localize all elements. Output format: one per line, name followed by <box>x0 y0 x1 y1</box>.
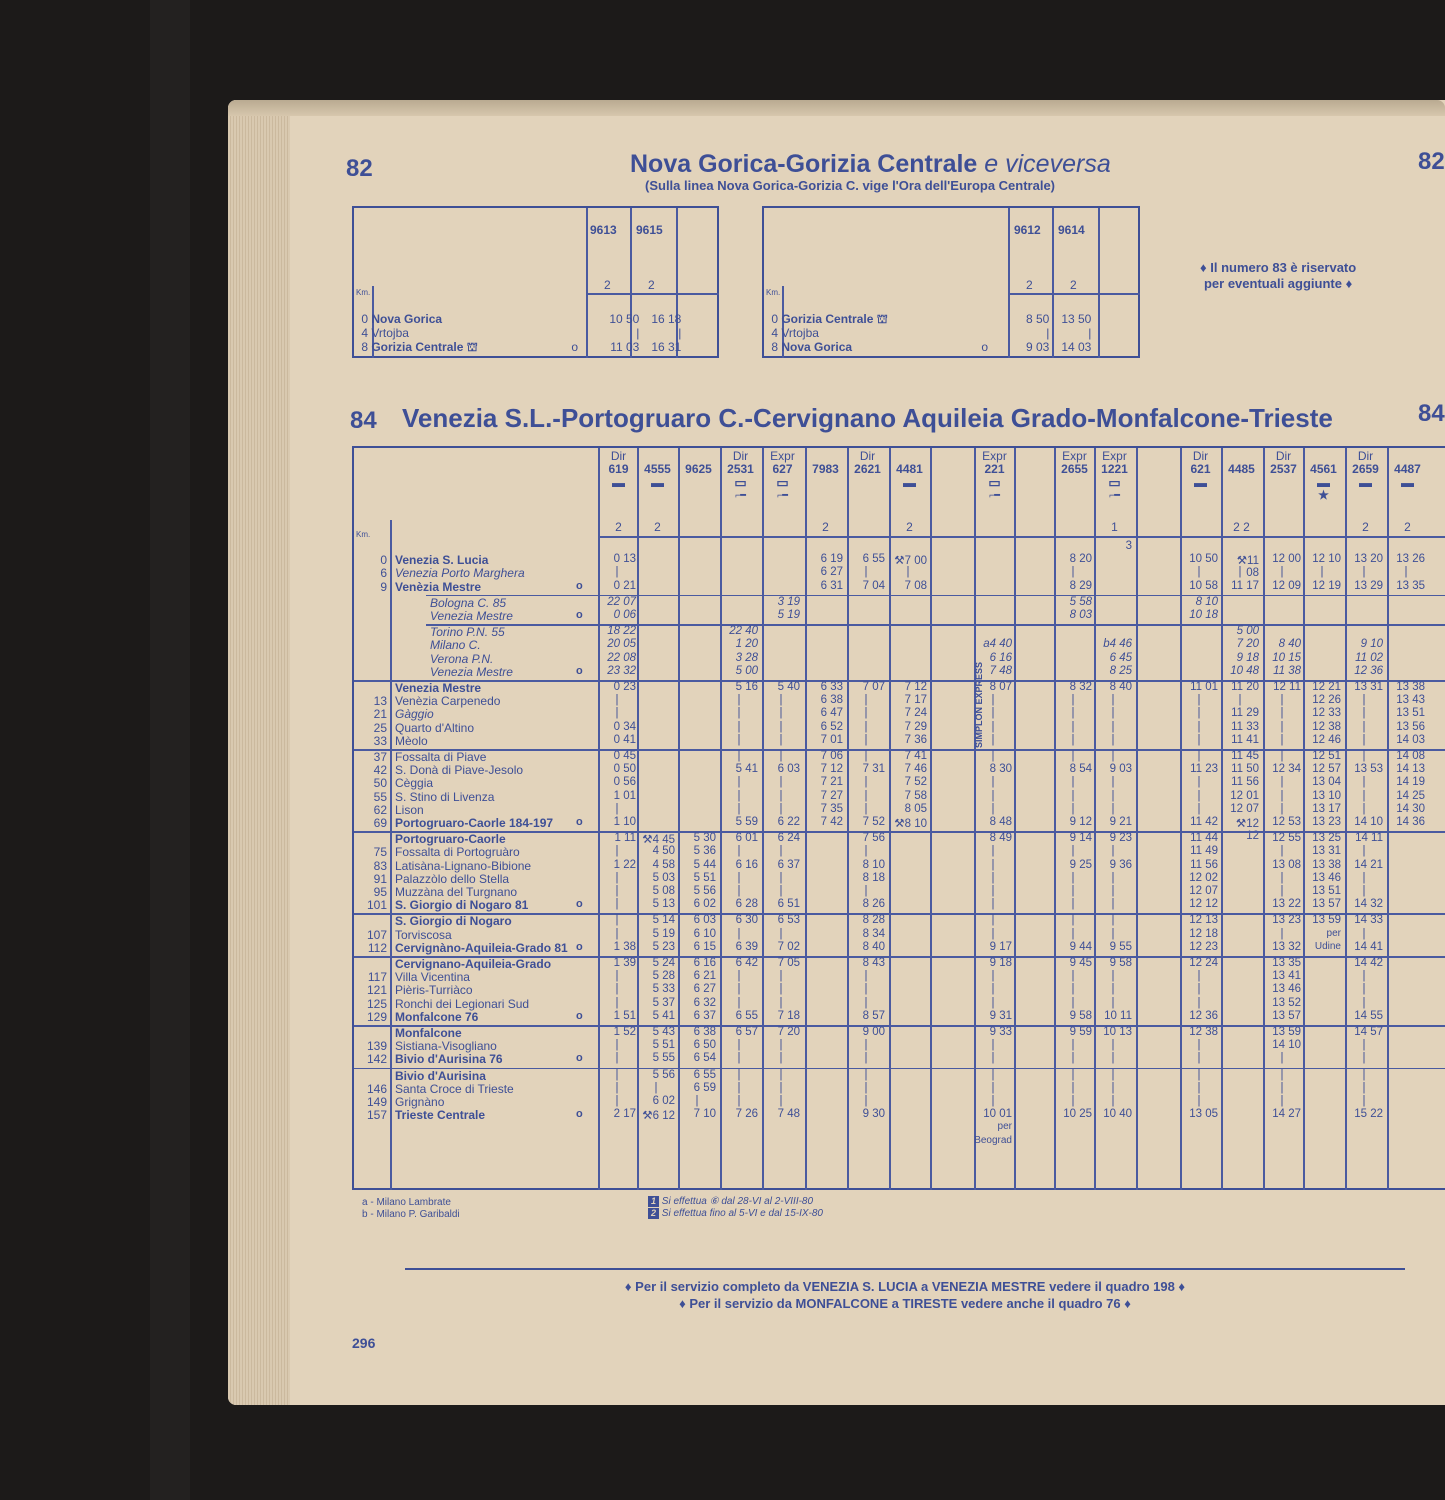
time-cell: | <box>974 734 1012 746</box>
time-cell: | <box>1345 776 1383 788</box>
table-row: Bivio d'Aurisina|5 566 55||||||||| <box>354 1069 1445 1082</box>
time-cell: | <box>1054 694 1092 706</box>
time-cell: 6 38 <box>678 1026 716 1038</box>
time-cell: | <box>762 1095 800 1107</box>
station-name: Cervignano-Aquileia-Grado <box>395 957 551 971</box>
time-cell: | <box>1180 790 1218 802</box>
table-row: 112Cervignàno-Aquileia-Grado 81o1 385 23… <box>354 941 1445 954</box>
time-cell: 13 46 <box>1263 983 1301 995</box>
station-name: Venezia S. Lucia <box>395 553 488 567</box>
time-cell: 7 52 <box>847 816 885 828</box>
train-column-header: Dir2531▭⌐━ <box>720 450 761 502</box>
km-value: 0 <box>354 553 387 567</box>
time-cell: 12 07 <box>1221 803 1259 815</box>
time-cell: | <box>1263 721 1301 733</box>
time-cell: | <box>1094 707 1132 719</box>
time-cell: 3 <box>1094 540 1132 552</box>
time-cell: | <box>847 983 885 995</box>
time-cell: | <box>762 1069 800 1081</box>
time-cell: | <box>762 845 800 857</box>
time-cell: 13 35 <box>1387 580 1425 592</box>
time-cell: 14 41 <box>1345 941 1383 953</box>
arrival-marker-icon: o <box>576 580 583 592</box>
station-name: Trieste Centrale <box>395 1108 485 1122</box>
station-name: S. Stino di Livenza <box>395 790 494 804</box>
time-cell: Udine <box>1303 941 1341 952</box>
time-cell: | <box>762 790 800 802</box>
time-cell: 18 22 <box>598 625 636 637</box>
note83-line: ♦ Il numero 83 è riservato <box>1200 260 1356 276</box>
time-cell: | <box>1345 707 1383 719</box>
table-row: 3 <box>354 540 1445 553</box>
arrival-marker-icon: o <box>576 816 583 828</box>
time-cell: | <box>720 1052 758 1064</box>
class-indicator: 2 <box>637 520 678 534</box>
time-cell: | <box>720 970 758 982</box>
time-cell: | <box>847 885 885 897</box>
km-value: 157 <box>354 1108 387 1122</box>
time-cell: | <box>762 1052 800 1064</box>
time-cell: 6 51 <box>762 898 800 910</box>
time-cell: 10 25 <box>1054 1108 1092 1120</box>
time-cell: 14 10 <box>1263 1039 1301 1051</box>
time-cell: | <box>847 694 885 706</box>
star-icon: ★ <box>1303 489 1344 502</box>
train-column-header: 4481▬ <box>889 450 930 489</box>
train-column-header: Dir621▬ <box>1180 450 1221 489</box>
time-cell: | <box>720 1095 758 1107</box>
table-row: 50Cèggia0 56||7 21|7 52||||11 56|13 04|1… <box>354 776 1445 789</box>
time-cell: | <box>974 1082 1012 1094</box>
km-value: 107 <box>354 928 387 942</box>
train-column-header: 4561▬★ <box>1303 450 1344 502</box>
marker-1-icon: 1 <box>648 1196 659 1207</box>
class: 2 <box>648 278 655 292</box>
km-value: 69 <box>354 816 387 830</box>
arrival-marker-icon: o <box>576 898 583 910</box>
time-cell: 1 22 <box>598 859 636 871</box>
time-cell: 1 20 <box>720 638 758 650</box>
time-cell: 7 07 <box>847 681 885 693</box>
time-cell: 13 23 <box>1303 816 1341 828</box>
time-cell: 9 14 <box>1054 832 1092 844</box>
time-cell: 10 11 <box>1094 1010 1132 1022</box>
marker-2-icon: 2 <box>648 1208 659 1219</box>
time-cell: 5 55 <box>637 1052 675 1064</box>
time-cell: 11 23 <box>1180 763 1218 775</box>
time-cell: 14 42 <box>1345 957 1383 969</box>
station-name: Cervignàno-Aquileia-Grado 81 <box>395 941 568 955</box>
time-cell: 9 18 <box>974 957 1012 969</box>
note-table-83: ♦ Il numero 83 è riservato per eventuali… <box>1200 260 1356 292</box>
time-cell: | <box>1094 898 1132 910</box>
train-number: 9612 <box>1014 223 1041 237</box>
km-label: Km. <box>356 530 370 539</box>
time-cell: | <box>1094 1069 1132 1081</box>
train-column-header: 4485 <box>1221 450 1262 476</box>
time-cell: 5 24 <box>637 957 675 969</box>
time-cell: 6 52 <box>805 721 843 733</box>
time-cell: ⚒4 45 <box>637 832 675 846</box>
time-cell: 1 11 <box>598 832 636 844</box>
time-cell: | <box>1094 970 1132 982</box>
time-cell: | <box>1094 914 1132 926</box>
time-cell: 6 27 <box>678 983 716 995</box>
table-row: 37Fossalta di Piave0 45||7 06|7 41||||11… <box>354 750 1445 763</box>
footnotes-left: a - Milano Lambrate b - Milano P. Gariba… <box>362 1197 460 1221</box>
time-cell: | <box>974 1069 1012 1081</box>
time-cell: | <box>974 1095 1012 1107</box>
time-cell: | <box>637 1082 675 1094</box>
time-cell: 14 21 <box>1345 859 1383 871</box>
time-cell: 4 50 <box>637 845 675 857</box>
time-cell: 7 48 <box>974 665 1012 677</box>
time-cell: 1 38 <box>598 941 636 953</box>
time-cell: | <box>720 1069 758 1081</box>
car-icon: ▬ <box>598 476 639 489</box>
time-cell: 8 32 <box>1054 681 1092 693</box>
time-cell: 22 40 <box>720 625 758 637</box>
arrival-marker-icon: o <box>576 665 583 677</box>
time-cell: 0 56 <box>598 776 636 788</box>
divider-rule <box>405 1268 1405 1270</box>
time-cell: 13 53 <box>1345 763 1383 775</box>
time-cell: 7 12 <box>805 763 843 775</box>
station-name: Torviscosa <box>395 928 452 942</box>
time-cell: | <box>1263 1082 1301 1094</box>
time-cell: 20 05 <box>598 638 636 650</box>
time-cell: | <box>1054 734 1092 746</box>
couchette-sleeper-icon: ▭ <box>720 476 761 489</box>
time-cell: 6 45 <box>1094 652 1132 664</box>
time-cell: Beograd <box>974 1135 1012 1146</box>
time-cell: 14 03 <box>1387 734 1425 746</box>
time-cell: 6 53 <box>762 914 800 926</box>
time-cell: 10 13 <box>1094 1026 1132 1038</box>
table-row: 129Monfalcone 76o1 515 416 376 557 188 5… <box>354 1010 1445 1023</box>
station-name: Milano C. <box>430 638 481 652</box>
time-cell: | <box>720 928 758 940</box>
time-cell: 13 56 <box>1387 721 1425 733</box>
time-cell: 6 02 <box>637 1095 675 1107</box>
time-cell: 5 37 <box>637 997 675 1009</box>
station-name: Quarto d'Altino <box>395 721 474 735</box>
time-cell: 13 59 <box>1263 1026 1301 1038</box>
time-cell: | <box>720 885 758 897</box>
time-cell: | <box>1180 566 1218 578</box>
time-cell: | <box>1094 750 1132 762</box>
time-cell: | <box>1054 707 1092 719</box>
time-cell: | <box>1094 997 1132 1009</box>
time-cell: 13 38 <box>1387 681 1425 693</box>
time-cell: | <box>1054 997 1092 1009</box>
time-cell: 7 52 <box>889 776 927 788</box>
time-cell: | <box>974 928 1012 940</box>
table82-inbound: 9612 9614 2 2 Km. 0 Gorizia Centrale ⛫8 … <box>762 206 1140 358</box>
table-row: Venezia Mestreo23 325 007 488 2510 4811 … <box>354 665 1445 678</box>
table-row: 0Venezia S. Lucia0 136 196 55⚒7 008 2010… <box>354 553 1445 566</box>
time-cell: 12 18 <box>1180 928 1218 940</box>
time-cell: | <box>974 1052 1012 1064</box>
time-cell: per <box>1303 928 1341 939</box>
table-row: 62Lison|||7 35|8 05||||12 07|13 17|14 30 <box>354 803 1445 816</box>
time-cell: 22 08 <box>598 652 636 664</box>
time-cell: | <box>974 872 1012 884</box>
table-row: Beograd <box>354 1135 1445 1148</box>
time-cell: 13 51 <box>1387 707 1425 719</box>
time-cell: | <box>1345 997 1383 1009</box>
bottom-notes: ♦ Per il servizio completo da VENEZIA S.… <box>400 1278 1410 1312</box>
time-cell: 9 55 <box>1094 941 1132 953</box>
time-cell: 13 32 <box>1263 941 1301 953</box>
time-cell: 11 44 <box>1180 832 1218 844</box>
time-cell: 10 15 <box>1263 652 1301 664</box>
time-cell: 11 45 <box>1221 750 1259 762</box>
time-cell: 8 40 <box>847 941 885 953</box>
km-value: 142 <box>354 1052 387 1066</box>
time-cell: | <box>598 885 636 897</box>
time-cell: 9 17 <box>974 941 1012 953</box>
time-cell: 13 23 <box>1263 914 1301 926</box>
time-cell: 13 52 <box>1263 997 1301 1009</box>
time-cell: 13 51 <box>1303 885 1341 897</box>
sleeper-icon: ▭ <box>974 476 1015 489</box>
time-cell: ⚒8 10 <box>889 816 927 830</box>
class-indicator: 2 <box>1345 520 1386 534</box>
time-cell: 1 52 <box>598 1026 636 1038</box>
table82-inbound-rows: 0 Gorizia Centrale ⛫8 5013 50 4 Vrtojba|… <box>768 312 1140 354</box>
time-cell: 5 00 <box>1221 625 1259 637</box>
table-row: 101S. Giorgio di Nogaro 81o|5 136 026 28… <box>354 898 1445 911</box>
time-cell: 13 04 <box>1303 776 1341 788</box>
time-cell: | <box>720 1082 758 1094</box>
time-cell: 7 58 <box>889 790 927 802</box>
time-cell: | <box>598 872 636 884</box>
time-cell: | <box>1345 750 1383 762</box>
time-cell: | <box>1180 983 1218 995</box>
couchette-sleeper-icon: ▭ <box>762 476 803 489</box>
time-cell: | <box>678 1095 716 1107</box>
time-cell: | <box>1263 1052 1301 1064</box>
km-value: 37 <box>354 750 387 764</box>
time-cell: | <box>1263 872 1301 884</box>
time-cell: 6 33 <box>805 681 843 693</box>
km-value: 117 <box>354 970 387 984</box>
station-name: Gàggio <box>395 707 434 721</box>
time-cell: 8 54 <box>1054 763 1092 775</box>
time-cell: | <box>1054 970 1092 982</box>
time-cell: 14 57 <box>1345 1026 1383 1038</box>
time-cell: | <box>847 1082 885 1094</box>
footnotes-right: 1 Si effettua ⑥ dal 28-VI al 2-VIII-80 2… <box>648 1196 823 1220</box>
train-column-header <box>1014 450 1055 463</box>
time-cell: | <box>1180 997 1218 1009</box>
time-cell: | <box>720 1039 758 1051</box>
time-cell: 7 01 <box>805 734 843 746</box>
time-cell: 12 55 <box>1263 832 1301 844</box>
time-cell: 13 41 <box>1263 970 1301 982</box>
table-row: 21Gàggio|||6 47|7 24||||11 29|12 33|13 5… <box>354 707 1445 720</box>
time-cell: 12 46 <box>1303 734 1341 746</box>
time-cell: 7 20 <box>762 1026 800 1038</box>
time-cell: | <box>1054 928 1092 940</box>
class-indicator: 2 <box>889 520 930 534</box>
time-cell: 6 54 <box>678 1052 716 1064</box>
time-cell: 7 20 <box>1221 638 1259 650</box>
bottom-note: ♦ Per il servizio completo da VENEZIA S.… <box>400 1278 1410 1295</box>
table-row: 83Latisàna-Lignano-Bibione1 224 585 446 … <box>354 859 1445 872</box>
time-cell: | <box>974 750 1012 762</box>
time-cell: 5 41 <box>720 763 758 775</box>
time-cell: 9 12 <box>1054 816 1092 828</box>
time-cell: 7 10 <box>678 1108 716 1120</box>
time-cell: 12 36 <box>1180 1010 1218 1022</box>
time-cell: 0 23 <box>598 681 636 693</box>
time-cell: 11 33 <box>1221 721 1259 733</box>
station-name: Grignàno <box>395 1095 444 1109</box>
time-cell: 5 41 <box>637 1010 675 1022</box>
time-cell: 12 11 <box>1263 681 1301 693</box>
station-name: Verona P.N. <box>430 652 493 666</box>
time-cell: | <box>1345 885 1383 897</box>
time-cell: 9 58 <box>1094 957 1132 969</box>
table-row: 139Sistiana-Visogliano|5 516 50|||||||14… <box>354 1039 1445 1052</box>
train-column-header: Dir2621 <box>847 450 888 476</box>
table-row: 146Santa Croce di Trieste||6 59||||||||| <box>354 1082 1445 1095</box>
time-cell: | <box>598 997 636 1009</box>
time-cell: 9 44 <box>1054 941 1092 953</box>
time-cell: 11 29 <box>1221 707 1259 719</box>
time-cell: | <box>1263 790 1301 802</box>
time-cell: | <box>1094 790 1132 802</box>
time-cell: | <box>1094 803 1132 815</box>
time-cell: 12 57 <box>1303 763 1341 775</box>
time-cell: | <box>1054 776 1092 788</box>
time-cell: | <box>1054 750 1092 762</box>
time-cell: | <box>1094 694 1132 706</box>
time-cell: | <box>1094 721 1132 733</box>
time-cell: | <box>598 694 636 706</box>
train-column-header: Expr1221▭⌐━ <box>1094 450 1135 502</box>
time-cell: 11 01 <box>1180 681 1218 693</box>
table-row: 25Quarto d'Altino0 34||6 52|7 29||||11 3… <box>354 721 1445 734</box>
time-cell: | <box>762 970 800 982</box>
time-cell: | <box>1345 1095 1383 1107</box>
time-cell: | <box>1345 734 1383 746</box>
time-cell: 12 12 <box>1180 898 1218 910</box>
time-cell: | <box>720 803 758 815</box>
time-cell: 7 21 <box>805 776 843 788</box>
train-column-header: Expr2655 <box>1054 450 1095 476</box>
time-cell: 5 23 <box>637 941 675 953</box>
time-cell: 6 01 <box>720 832 758 844</box>
table-number-left: 82 <box>346 155 373 183</box>
time-cell: 5 13 <box>637 898 675 910</box>
time-cell: | <box>1054 1095 1092 1107</box>
time-cell: | <box>974 885 1012 897</box>
time-cell: 5 14 <box>637 914 675 926</box>
time-cell: 12 33 <box>1303 707 1341 719</box>
time-cell: | <box>1345 1082 1383 1094</box>
time-cell: 8 57 <box>847 1010 885 1022</box>
time-cell: | <box>1180 803 1218 815</box>
station-name: Bivio d'Aurisina 76 <box>395 1052 503 1066</box>
time-cell: | <box>1345 970 1383 982</box>
station-name: Latisàna-Lignano-Bibione <box>395 859 531 873</box>
time-cell: 9 45 <box>1054 957 1092 969</box>
time-cell: 6 03 <box>678 914 716 926</box>
time-cell: 6 32 <box>678 997 716 1009</box>
km-value: 91 <box>354 872 387 886</box>
time-cell: 6 55 <box>847 553 885 565</box>
table-row: 157Trieste Centraleo2 17⚒6 127 107 267 4… <box>354 1108 1445 1121</box>
time-cell: 12 26 <box>1303 694 1341 706</box>
station-name: S. Donà di Piave-Jesolo <box>395 763 523 777</box>
time-cell: 11 02 <box>1345 652 1383 664</box>
time-cell: 0 21 <box>598 580 636 592</box>
time-cell: 5 30 <box>678 832 716 844</box>
time-cell: | <box>762 734 800 746</box>
time-cell: | <box>889 566 927 578</box>
station-name: S. Giorgio di Nogaro <box>395 914 512 928</box>
car-icon: ▬ <box>889 476 930 489</box>
table-row: Venezia Mestreo0 065 198 0310 18 <box>354 609 1445 622</box>
time-cell: 11 38 <box>1263 665 1301 677</box>
time-cell: 6 37 <box>678 1010 716 1022</box>
table-row: 33Mèolo0 41||7 01|7 36||||11 41|12 46|14… <box>354 734 1445 747</box>
time-cell: 0 06 <box>598 609 636 621</box>
time-cell: | <box>762 803 800 815</box>
time-cell: 6 30 <box>720 914 758 926</box>
time-cell: | <box>720 845 758 857</box>
time-cell: 11 49 <box>1180 845 1218 857</box>
car-icon: ▬ <box>1387 476 1428 489</box>
time-cell: 6 16 <box>974 652 1012 664</box>
time-cell: 5 03 <box>637 872 675 884</box>
time-cell: 11 41 <box>1221 734 1259 746</box>
time-cell: 14 32 <box>1345 898 1383 910</box>
table-row: 149Grignàno|6 02|||||||||| <box>354 1095 1445 1108</box>
train-column-header: Dir2537 <box>1263 450 1304 476</box>
time-cell: 6 24 <box>762 832 800 844</box>
station-name: Venezia Mestre <box>395 681 481 695</box>
time-cell: 6 28 <box>720 898 758 910</box>
table-number-right: 82 <box>1418 148 1445 176</box>
time-cell: | <box>974 997 1012 1009</box>
time-cell: | <box>1054 566 1092 578</box>
time-cell: | <box>762 872 800 884</box>
time-cell: 12 10 <box>1303 553 1341 565</box>
time-cell: | <box>720 872 758 884</box>
time-cell: | <box>847 997 885 1009</box>
time-cell: 3 28 <box>720 652 758 664</box>
time-cell: 7 24 <box>889 707 927 719</box>
time-cell: 5 56 <box>637 1069 675 1081</box>
arrival-marker-icon: o <box>576 1052 583 1064</box>
time-cell: 8 25 <box>1094 665 1132 677</box>
bed-icon: ⌐━ <box>1094 489 1135 502</box>
time-cell: | <box>1054 885 1092 897</box>
time-cell: | <box>1054 1069 1092 1081</box>
time-cell: | <box>974 970 1012 982</box>
arrival-marker-icon: o <box>576 1010 583 1022</box>
time-cell: | <box>1094 1082 1132 1094</box>
time-cell: | <box>1054 914 1092 926</box>
train-number: 9615 <box>636 223 663 237</box>
time-cell: 6 15 <box>678 941 716 953</box>
time-cell: 9 36 <box>1094 859 1132 871</box>
time-cell: 12 07 <box>1180 885 1218 897</box>
